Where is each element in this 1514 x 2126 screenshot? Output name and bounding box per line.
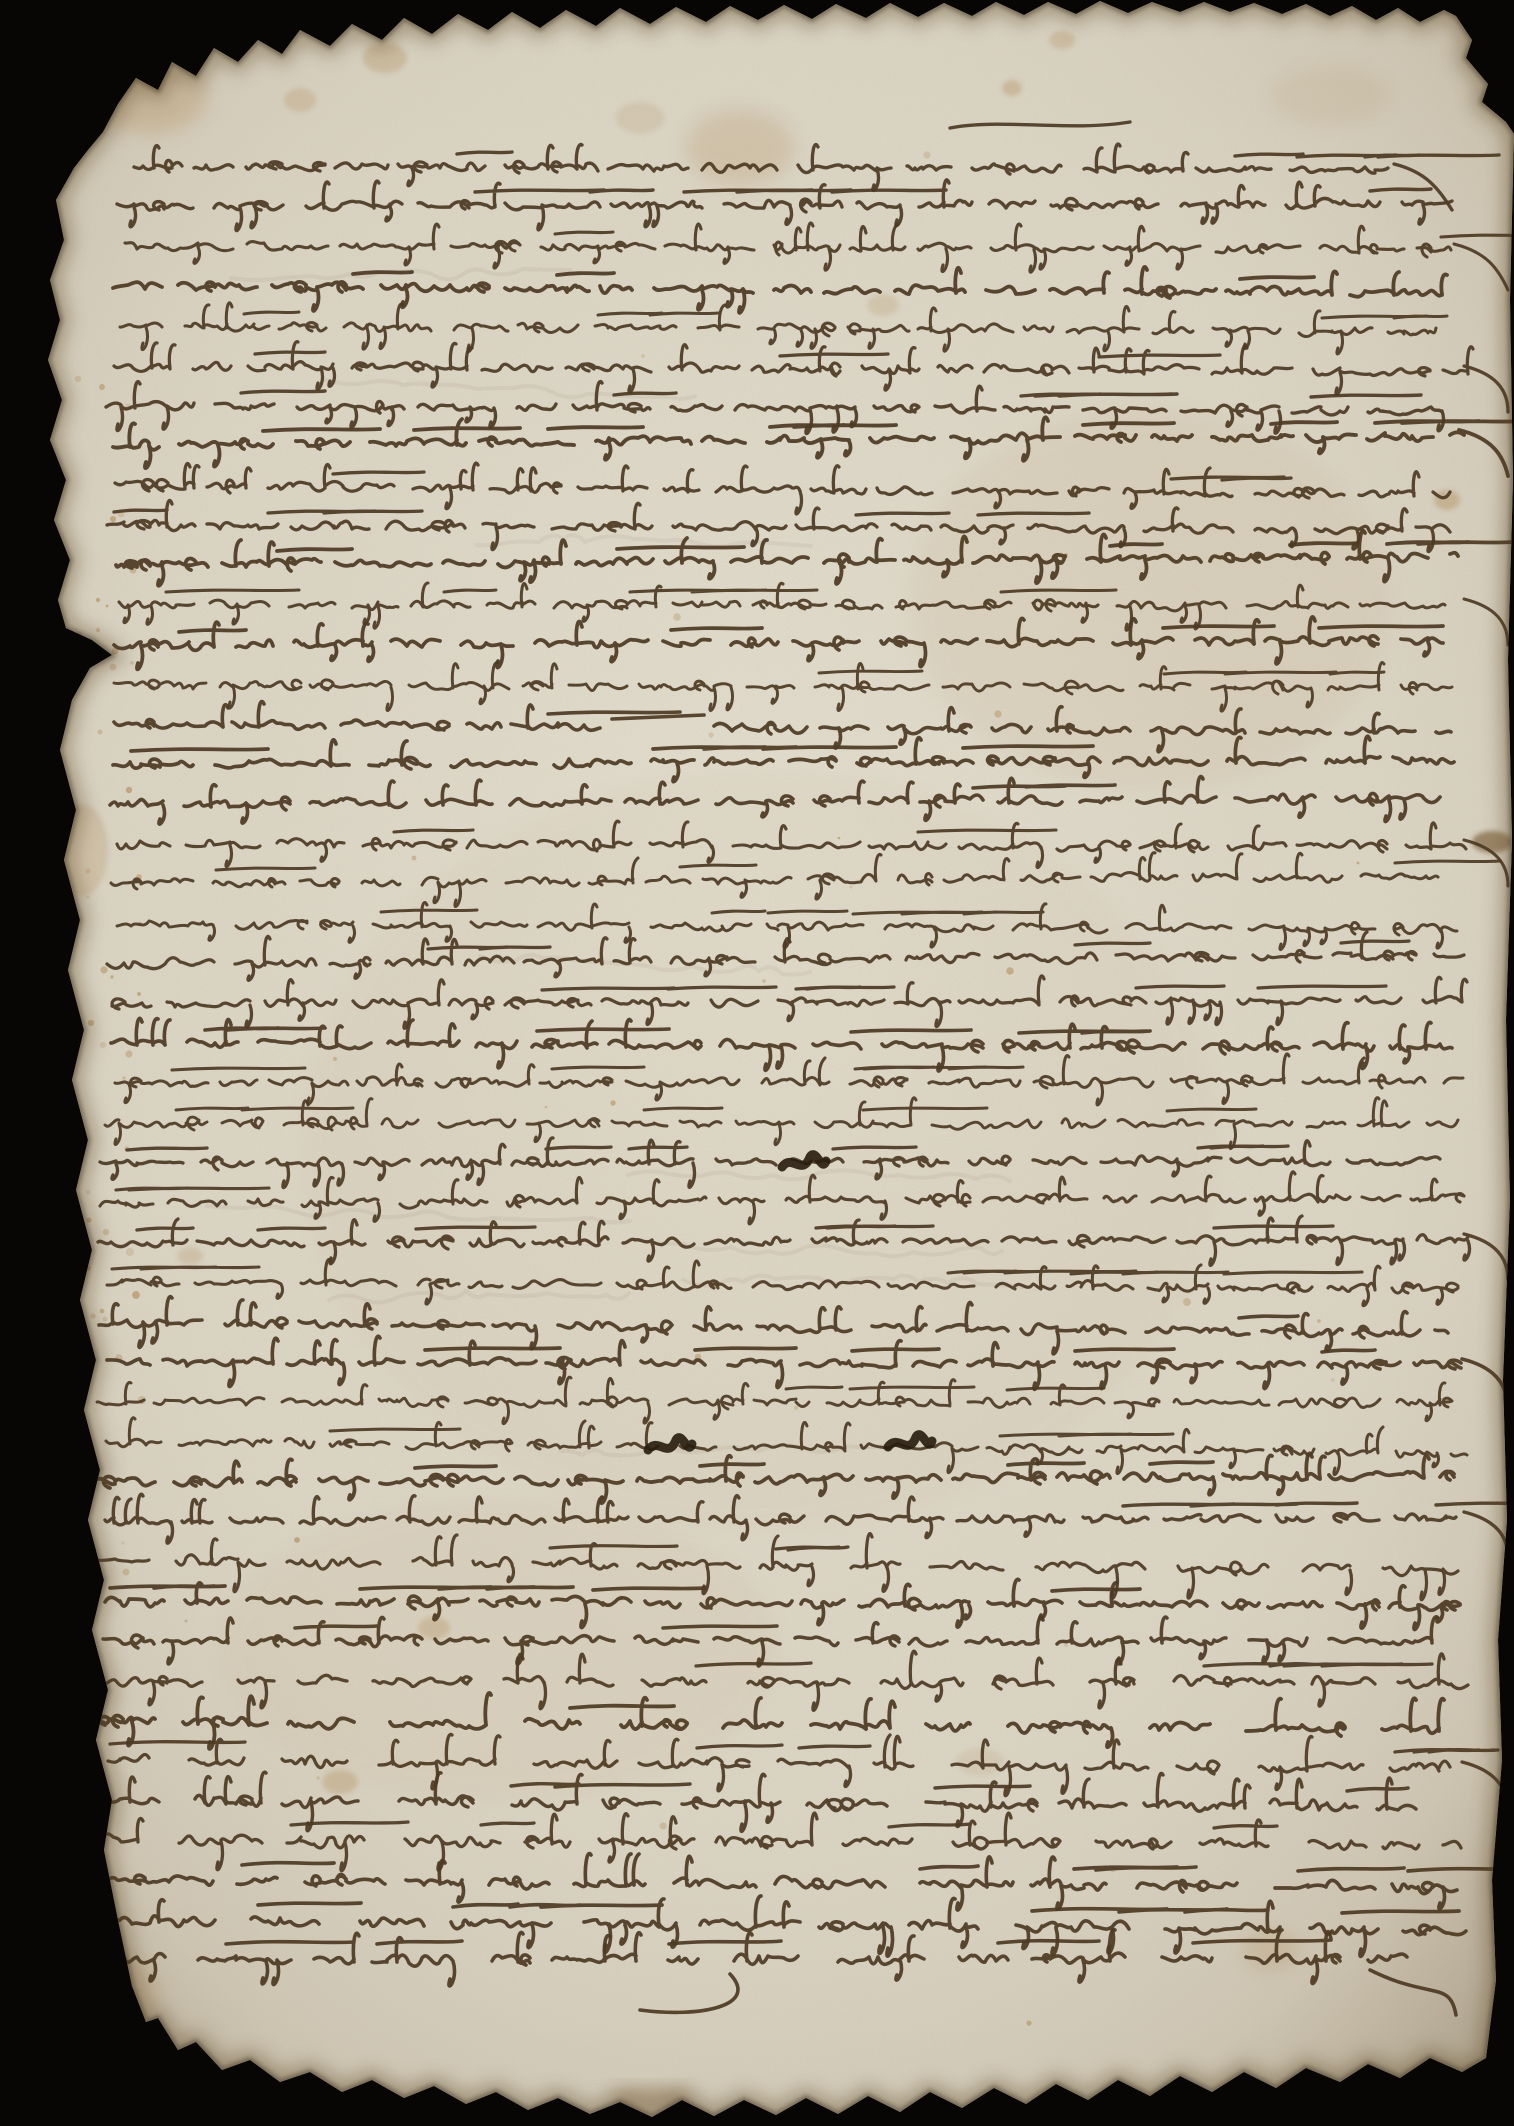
- paper-freckle: [126, 787, 132, 793]
- paper-stain: [867, 294, 899, 316]
- paper-stain: [1270, 66, 1390, 126]
- paper-freckle: [100, 1309, 105, 1314]
- paper-freckle: [122, 1076, 126, 1080]
- paper-freckle: [185, 1620, 188, 1623]
- paper-freckle: [86, 1190, 90, 1194]
- paper-freckle: [132, 1291, 140, 1299]
- paper-stain: [177, 1247, 203, 1265]
- paper-sheet-group: [0, 0, 1514, 2126]
- paper-freckle: [545, 1106, 548, 1109]
- paper-freckle: [123, 1569, 130, 1576]
- paper-stain: [1242, 1930, 1298, 1970]
- paper-freckle: [850, 886, 853, 889]
- paper-freckle: [1006, 967, 1013, 974]
- paper-freckle: [1317, 1319, 1321, 1323]
- paper-freckle: [96, 628, 100, 632]
- paper-stain: [284, 88, 316, 112]
- manuscript-photo: [0, 0, 1514, 2126]
- paper-freckle: [333, 1057, 337, 1061]
- paper-freckle: [412, 856, 417, 861]
- paper-freckle: [103, 1229, 110, 1236]
- paper-freckle: [99, 384, 105, 390]
- paper-freckle: [1064, 1643, 1068, 1647]
- paper-freckle: [794, 1406, 798, 1410]
- paper-freckle: [103, 1317, 108, 1322]
- paper-freckle: [87, 896, 90, 899]
- paper-stain: [1002, 80, 1022, 96]
- paper-freckle: [137, 992, 141, 996]
- paper-freckle: [125, 1050, 132, 1057]
- paper-freckle: [1357, 862, 1360, 865]
- paper-freckle: [110, 516, 116, 522]
- paper-freckle: [660, 1823, 667, 1830]
- paper-stain: [1434, 490, 1460, 510]
- manuscript-photo-svg: [0, 0, 1514, 2126]
- paper-freckle: [708, 732, 713, 737]
- paper-freckle: [316, 1776, 319, 1779]
- paper-freckle: [100, 1042, 106, 1048]
- paper-freckle: [100, 966, 107, 973]
- paper-freckle: [96, 598, 100, 602]
- paper-freckle: [85, 868, 90, 873]
- paper-freckle: [294, 1537, 300, 1543]
- paper-freckle: [130, 661, 134, 665]
- paper-freckle: [98, 730, 103, 735]
- paper-freckle: [106, 605, 109, 608]
- paper-freckle: [1026, 2020, 1031, 2025]
- paper-freckle: [762, 979, 766, 983]
- paper-freckle: [121, 1541, 124, 1544]
- paper-stain: [616, 102, 664, 134]
- paper-freckle: [610, 1100, 615, 1105]
- paper-freckle: [838, 837, 841, 840]
- paper-freckle: [673, 613, 681, 621]
- paper-freckle: [1183, 1298, 1191, 1306]
- paper-freckle: [994, 710, 1001, 717]
- paper-freckle: [641, 354, 645, 358]
- paper-freckle: [110, 975, 113, 978]
- paper-stain: [220, 1500, 780, 1800]
- paper-stain: [910, 410, 1390, 790]
- paper-freckle: [75, 376, 81, 382]
- paper-freckle: [1331, 1378, 1335, 1382]
- paper-stain: [685, 110, 795, 186]
- paper-freckle: [923, 151, 930, 158]
- paper-freckle: [126, 1248, 134, 1256]
- paper-stain: [1049, 31, 1075, 49]
